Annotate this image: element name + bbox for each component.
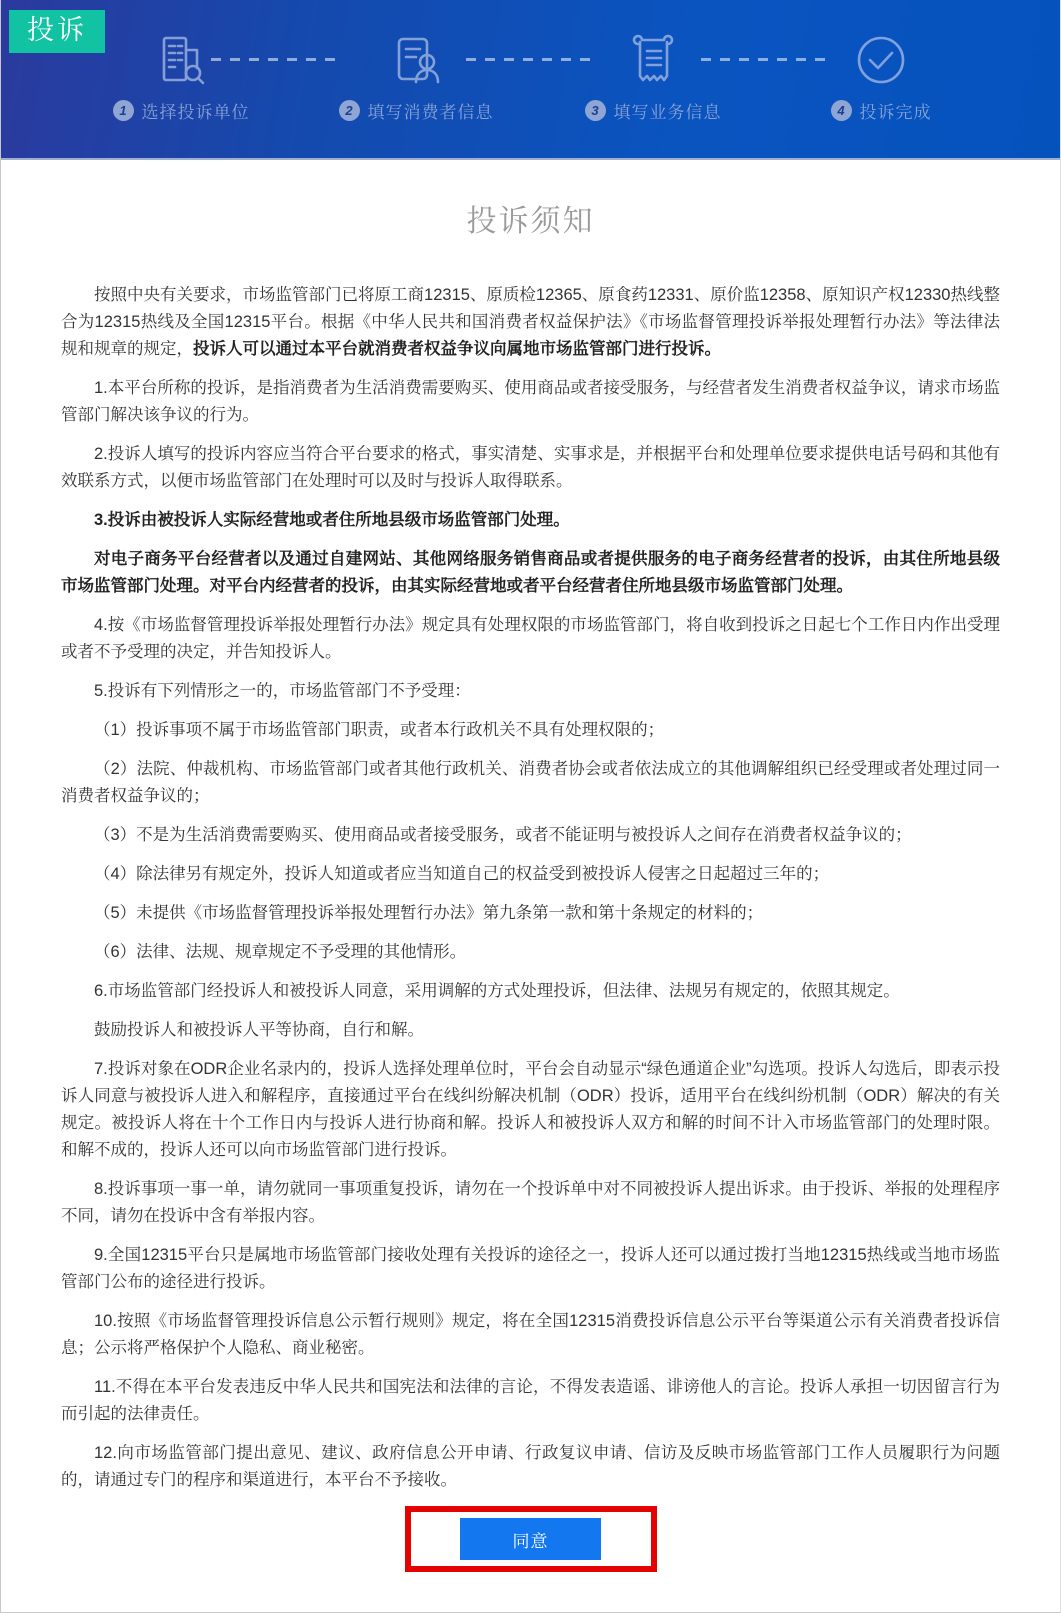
notice-paragraph: （5）未提供《市场监督管理投诉举报处理暂行办法》第九条第一款和第十条规定的材料的… <box>61 900 1000 927</box>
notice-paragraph: 9.全国12315平台只是属地市场监管部门接收处理有关投诉的途径之一，投诉人还可… <box>61 1242 1000 1296</box>
notice-paragraph: 鼓励投诉人和被投诉人平等协商，自行和解。 <box>61 1017 1000 1044</box>
page-title: 投诉须知 <box>61 196 1000 240</box>
wizard-header: 投诉 1 选择投诉单位 <box>1 0 1060 160</box>
step-business-info: 3 填写业务信息 <box>533 32 773 123</box>
notice-paragraph: 6.市场监管部门经投诉人和被投诉人同意，采用调解的方式处理投诉，但法律、法规另有… <box>61 978 1000 1005</box>
step-number-badge: 4 <box>831 100 852 121</box>
annotation-red-rectangle: 同意 <box>405 1506 657 1572</box>
notice-paragraphs: 按照中央有关要求，市场监管部门已将原工商12315、原质检12365、原食药12… <box>61 282 1000 1494</box>
notice-paragraph: 按照中央有关要求，市场监管部门已将原工商12315、原质检12365、原食药12… <box>61 282 1000 363</box>
step-choose-unit: 1 选择投诉单位 <box>61 32 301 123</box>
notice-paragraph: 2.投诉人填写的投诉内容应当符合平台要求的格式，事实清楚、实事求是，并根据平台和… <box>61 441 1000 495</box>
notice-paragraph: 5.投诉有下列情形之一的，市场监管部门不予受理： <box>61 678 1000 705</box>
notice-paragraph: 10.按照《市场监督管理投诉信息公示暂行规则》规定，将在全国12315消费投诉信… <box>61 1308 1000 1362</box>
notice-paragraph: 12.向市场监管部门提出意见、建议、政府信息公开申请、行政复议申请、信访及反映市… <box>61 1440 1000 1494</box>
notice-paragraph: 8.投诉事项一事一单，请勿就同一事项重复投诉，请勿在一个投诉单中对不同被投诉人提… <box>61 1176 1000 1230</box>
notice-paragraph: 1.本平台所称的投诉，是指消费者为生活消费需要购买、使用商品或者接受服务，与经营… <box>61 375 1000 429</box>
step-consumer-info: 2 填写消费者信息 <box>296 32 536 123</box>
notice-paragraph: 7.投诉对象在ODR企业名录内的，投诉人选择处理单位时，平台会自动显示“绿色通道… <box>61 1056 1000 1164</box>
step-number-badge: 1 <box>113 100 134 121</box>
receipt-icon <box>624 32 682 90</box>
notice-paragraph: 对电子商务平台经营者以及通过自建网站、其他网络服务销售商品或者提供服务的电子商务… <box>61 546 1000 600</box>
step-number-badge: 3 <box>585 100 606 121</box>
notice-paragraph: （2）法院、仲裁机构、市场监管部门或者其他行政机关、消费者协会或者依法成立的其他… <box>61 756 1000 810</box>
step-number-badge: 2 <box>339 100 360 121</box>
notice-paragraph: （6）法律、法规、规章规定不予受理的其他情形。 <box>61 939 1000 966</box>
building-search-icon <box>152 32 210 90</box>
step-label: 投诉完成 <box>860 98 932 123</box>
check-circle-icon <box>852 32 910 90</box>
notice-content: 投诉须知 按照中央有关要求，市场监管部门已将原工商12315、原质检12365、… <box>1 196 1060 1612</box>
agree-zone: 同意 <box>61 1506 1000 1572</box>
step-label: 选择投诉单位 <box>142 98 250 123</box>
step-label: 填写消费者信息 <box>368 98 494 123</box>
document-person-icon <box>387 32 445 90</box>
notice-paragraph: （4）除法律另有规定外，投诉人知道或者应当知道自己的权益受到被投诉人侵害之日起超… <box>61 861 1000 888</box>
agree-button[interactable]: 同意 <box>460 1518 601 1560</box>
notice-paragraph: 11.不得在本平台发表违反中华人民共和国宪法和法律的言论，不得发表造谣、诽谤他人… <box>61 1374 1000 1428</box>
complaint-notice-page: { "tag": { "label": "投诉" }, "stepper": {… <box>0 0 1061 1613</box>
step-complete: 4 投诉完成 <box>761 32 1001 123</box>
step-label: 填写业务信息 <box>614 98 722 123</box>
notice-paragraph: （1）投诉事项不属于市场监管部门职责，或者本行政机关不具有处理权限的； <box>61 717 1000 744</box>
notice-paragraph: 3.投诉由被投诉人实际经营地或者住所地县级市场监管部门处理。 <box>61 507 1000 534</box>
notice-paragraph: （3）不是为生活消费需要购买、使用商品或者接受服务，或者不能证明与被投诉人之间存… <box>61 822 1000 849</box>
notice-paragraph: 4.按《市场监督管理投诉举报处理暂行办法》规定具有处理权限的市场监管部门，将自收… <box>61 612 1000 666</box>
